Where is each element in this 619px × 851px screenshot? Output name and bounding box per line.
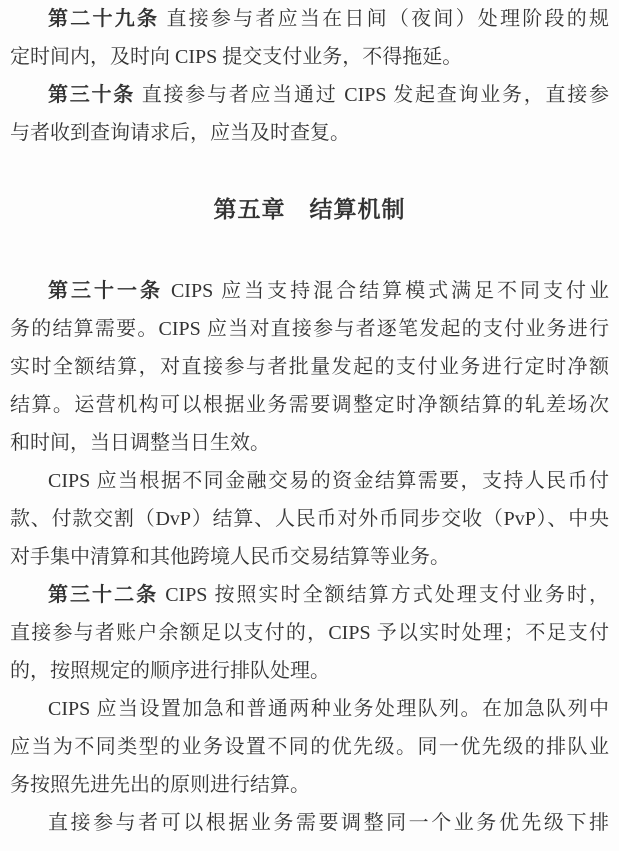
- text-segment: CIPS 应当根据不同金融交易的资金结算需要，支持人民币付: [48, 470, 609, 492]
- text-line: 第三十二条 CIPS 按照实时全额结算方式处理支付业务时，: [10, 576, 609, 614]
- article-number: 第三十一条: [48, 280, 163, 302]
- text-line: 的，按照规定的顺序进行排队处理。: [10, 652, 609, 690]
- text-segment: 直接参与者可以根据业务需要调整同一个业务优先级下排: [48, 812, 609, 834]
- text-line: 结算。运营机构可以根据业务需要调整定时净额结算的轧差场次: [10, 386, 609, 424]
- text-segment: 与者收到查询请求后，应当及时查复。: [10, 122, 350, 144]
- document-page: 第二十九条 直接参与者应当在日间（夜间）处理阶段的规定时间内，及时向 CIPS …: [0, 0, 619, 851]
- text-segment: 务按照先进先出的原则进行结算。: [10, 774, 310, 796]
- text-line: 对手集中清算和其他跨境人民币交易结算等业务。: [10, 538, 609, 576]
- text-line: 第三十条 直接参与者应当通过 CIPS 发起查询业务，直接参: [10, 76, 609, 114]
- article-number: 第三十条: [48, 84, 135, 106]
- text-segment: 直接参与者账户余额足以支付的，CIPS 予以实时处理；不足支付: [10, 622, 609, 644]
- text-segment: 直接参与者应当通过 CIPS 发起查询业务，直接参: [135, 84, 609, 106]
- document-body: 第二十九条 直接参与者应当在日间（夜间）处理阶段的规定时间内，及时向 CIPS …: [10, 0, 609, 842]
- paragraph: CIPS 应当根据不同金融交易的资金结算需要，支持人民币付款、付款交割（DvP）…: [10, 462, 609, 576]
- paragraph: 第三十条 直接参与者应当通过 CIPS 发起查询业务，直接参与者收到查询请求后，…: [10, 76, 609, 152]
- text-line: CIPS 应当根据不同金融交易的资金结算需要，支持人民币付: [10, 462, 609, 500]
- text-segment: CIPS 应当设置加急和普通两种业务处理队列。在加急队列中: [48, 698, 609, 720]
- text-segment: 定时间内，及时向 CIPS 提交支付业务，不得拖延。: [10, 46, 462, 68]
- paragraph: 第三十一条 CIPS 应当支持混合结算模式满足不同支付业务的结算需要。CIPS …: [10, 272, 609, 462]
- text-line: 直接参与者可以根据业务需要调整同一个业务优先级下排: [10, 804, 609, 842]
- text-segment: 直接参与者应当在日间（夜间）处理阶段的规: [159, 8, 609, 30]
- text-segment: 结算。运营机构可以根据业务需要调整定时净额结算的轧差场次: [10, 394, 609, 416]
- paragraph: 第二十九条 直接参与者应当在日间（夜间）处理阶段的规定时间内，及时向 CIPS …: [10, 0, 609, 76]
- text-segment: CIPS 按照实时全额结算方式处理支付业务时，: [158, 584, 609, 606]
- text-segment: CIPS 应当支持混合结算模式满足不同支付业: [163, 280, 609, 302]
- text-segment: 款、付款交割（DvP）结算、人民币对外币同步交收（PvP）、中央: [10, 508, 609, 530]
- text-line: 务按照先进先出的原则进行结算。: [10, 766, 609, 804]
- paragraph: CIPS 应当设置加急和普通两种业务处理队列。在加急队列中应当为不同类型的业务设…: [10, 690, 609, 804]
- text-segment: 务的结算需要。CIPS 应当对直接参与者逐笔发起的支付业务进行: [10, 318, 609, 340]
- text-line: 款、付款交割（DvP）结算、人民币对外币同步交收（PvP）、中央: [10, 500, 609, 538]
- text-line: 务的结算需要。CIPS 应当对直接参与者逐笔发起的支付业务进行: [10, 310, 609, 348]
- text-line: 应当为不同类型的业务设置不同的优先级。同一优先级的排队业: [10, 728, 609, 766]
- text-line: 定时间内，及时向 CIPS 提交支付业务，不得拖延。: [10, 38, 609, 76]
- text-segment: 对手集中清算和其他跨境人民币交易结算等业务。: [10, 546, 450, 568]
- text-segment: 应当为不同类型的业务设置不同的优先级。同一优先级的排队业: [10, 736, 609, 758]
- text-line: 直接参与者账户余额足以支付的，CIPS 予以实时处理；不足支付: [10, 614, 609, 652]
- text-segment: 的，按照规定的顺序进行排队处理。: [10, 660, 330, 682]
- article-number: 第三十二条: [48, 584, 158, 606]
- text-line: 第二十九条 直接参与者应当在日间（夜间）处理阶段的规: [10, 0, 609, 38]
- paragraph: 直接参与者可以根据业务需要调整同一个业务优先级下排: [10, 804, 609, 842]
- chapter-heading: 第五章 结算机制: [10, 190, 609, 228]
- text-line: 和时间，当日调整当日生效。: [10, 424, 609, 462]
- text-line: CIPS 应当设置加急和普通两种业务处理队列。在加急队列中: [10, 690, 609, 728]
- text-segment: 和时间，当日调整当日生效。: [10, 432, 270, 454]
- article-number: 第二十九条: [48, 8, 159, 30]
- paragraph: 第三十二条 CIPS 按照实时全额结算方式处理支付业务时，直接参与者账户余额足以…: [10, 576, 609, 690]
- text-line: 第三十一条 CIPS 应当支持混合结算模式满足不同支付业: [10, 272, 609, 310]
- text-line: 实时全额结算，对直接参与者批量发起的支付业务进行定时净额: [10, 348, 609, 386]
- text-segment: 实时全额结算，对直接参与者批量发起的支付业务进行定时净额: [10, 356, 609, 378]
- text-line: 与者收到查询请求后，应当及时查复。: [10, 114, 609, 152]
